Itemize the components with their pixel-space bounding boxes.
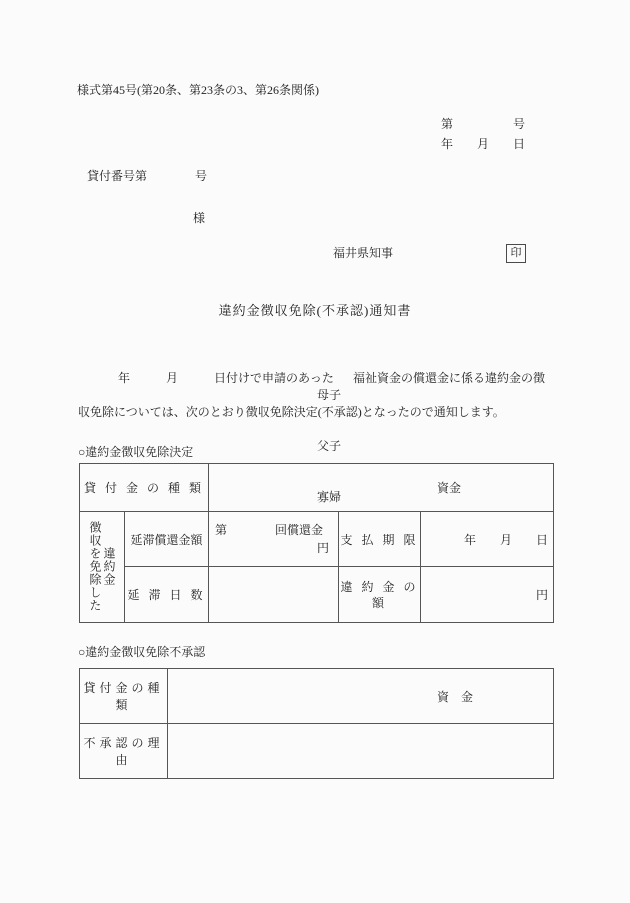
overdue-amount-label-cell: 延滞償還金額: [125, 512, 209, 567]
seal-character: 印: [511, 248, 522, 259]
loan-number-line: 貸付番号第 号: [87, 169, 207, 183]
installment-cell: 第 回償還金 円: [209, 512, 339, 567]
body-line2: 収免除については、次のとおり徴収免除決定(不承認)となったので通知します。: [78, 405, 505, 419]
penalty-label-line2: 額: [339, 595, 420, 611]
loan-type-value: 資金: [437, 481, 461, 495]
installment-text: 第 回償還金: [215, 523, 329, 538]
side-label-column1: 違約金: [102, 521, 116, 612]
side-label-column2: 徴収を免除した: [88, 521, 102, 612]
disapproval-loan-type-label-cell: 貸付金の種類: [80, 669, 168, 724]
exempted-penalty-side-label-cell: 違約金 徴収を免除した: [80, 512, 125, 623]
stack-item-fushi: 父子: [317, 438, 341, 455]
section2-heading: ○違約金徴収免除不承認: [78, 645, 205, 659]
disapproval-loan-type-value: 資 金: [437, 690, 473, 704]
application-date-text: 年 月 日付けで申請のあった: [118, 371, 334, 385]
penalty-amount-label-cell: 違 約 金 の 額: [339, 567, 421, 623]
document-title: 違約金徴収免除(不承認)通知書: [0, 300, 630, 319]
payment-due-label-cell: 支 払 期 限: [339, 512, 421, 567]
seal-box: 印: [506, 244, 526, 263]
disapproval-table: 貸付金の種類 資 金 不承認の理由: [79, 668, 554, 779]
addressee-honorific: 様: [193, 211, 205, 225]
overdue-days-value-cell: [209, 567, 339, 623]
doc-number-line: 第 号: [441, 117, 525, 131]
sender-title: 福井県知事: [333, 246, 393, 260]
document-page: 様式第45号(第20条、第23条の3、第26条関係) 第 号 年 月 日 貸付番…: [0, 0, 630, 903]
installment-unit: 円: [215, 541, 329, 556]
penalty-label-line1: 違 約 金 の: [339, 579, 420, 595]
loan-type-label-cell: 貸 付 金 の 種 類: [80, 464, 209, 512]
loan-type-value-cell: 資金: [209, 464, 554, 512]
body-line1-tail: 福祉資金の償還金に係る違約金の徴: [353, 371, 545, 385]
payment-due-value-cell: 年 月 日: [421, 512, 554, 567]
overdue-days-label-cell: 延 滞 日 数: [125, 567, 209, 623]
disapproval-loan-type-value-cell: 資 金: [168, 669, 554, 724]
form-number: 様式第45号(第20条、第23条の3、第26条関係): [77, 83, 319, 97]
disapproval-reason-value-cell: [168, 724, 554, 779]
exemption-decision-table: 貸 付 金 の 種 類 資金 違約金 徴収を免除した 延滞償還金額 第 回償還金…: [79, 463, 554, 623]
vertical-side-label: 違約金 徴収を免除した: [88, 521, 116, 612]
date-line: 年 月 日: [441, 137, 525, 151]
disapproval-reason-label-cell: 不承認の理由: [80, 724, 168, 779]
section1-heading: ○違約金徴収免除決定: [78, 445, 193, 459]
stack-item-boshi: 母子: [317, 387, 341, 404]
penalty-unit-cell: 円: [421, 567, 554, 623]
